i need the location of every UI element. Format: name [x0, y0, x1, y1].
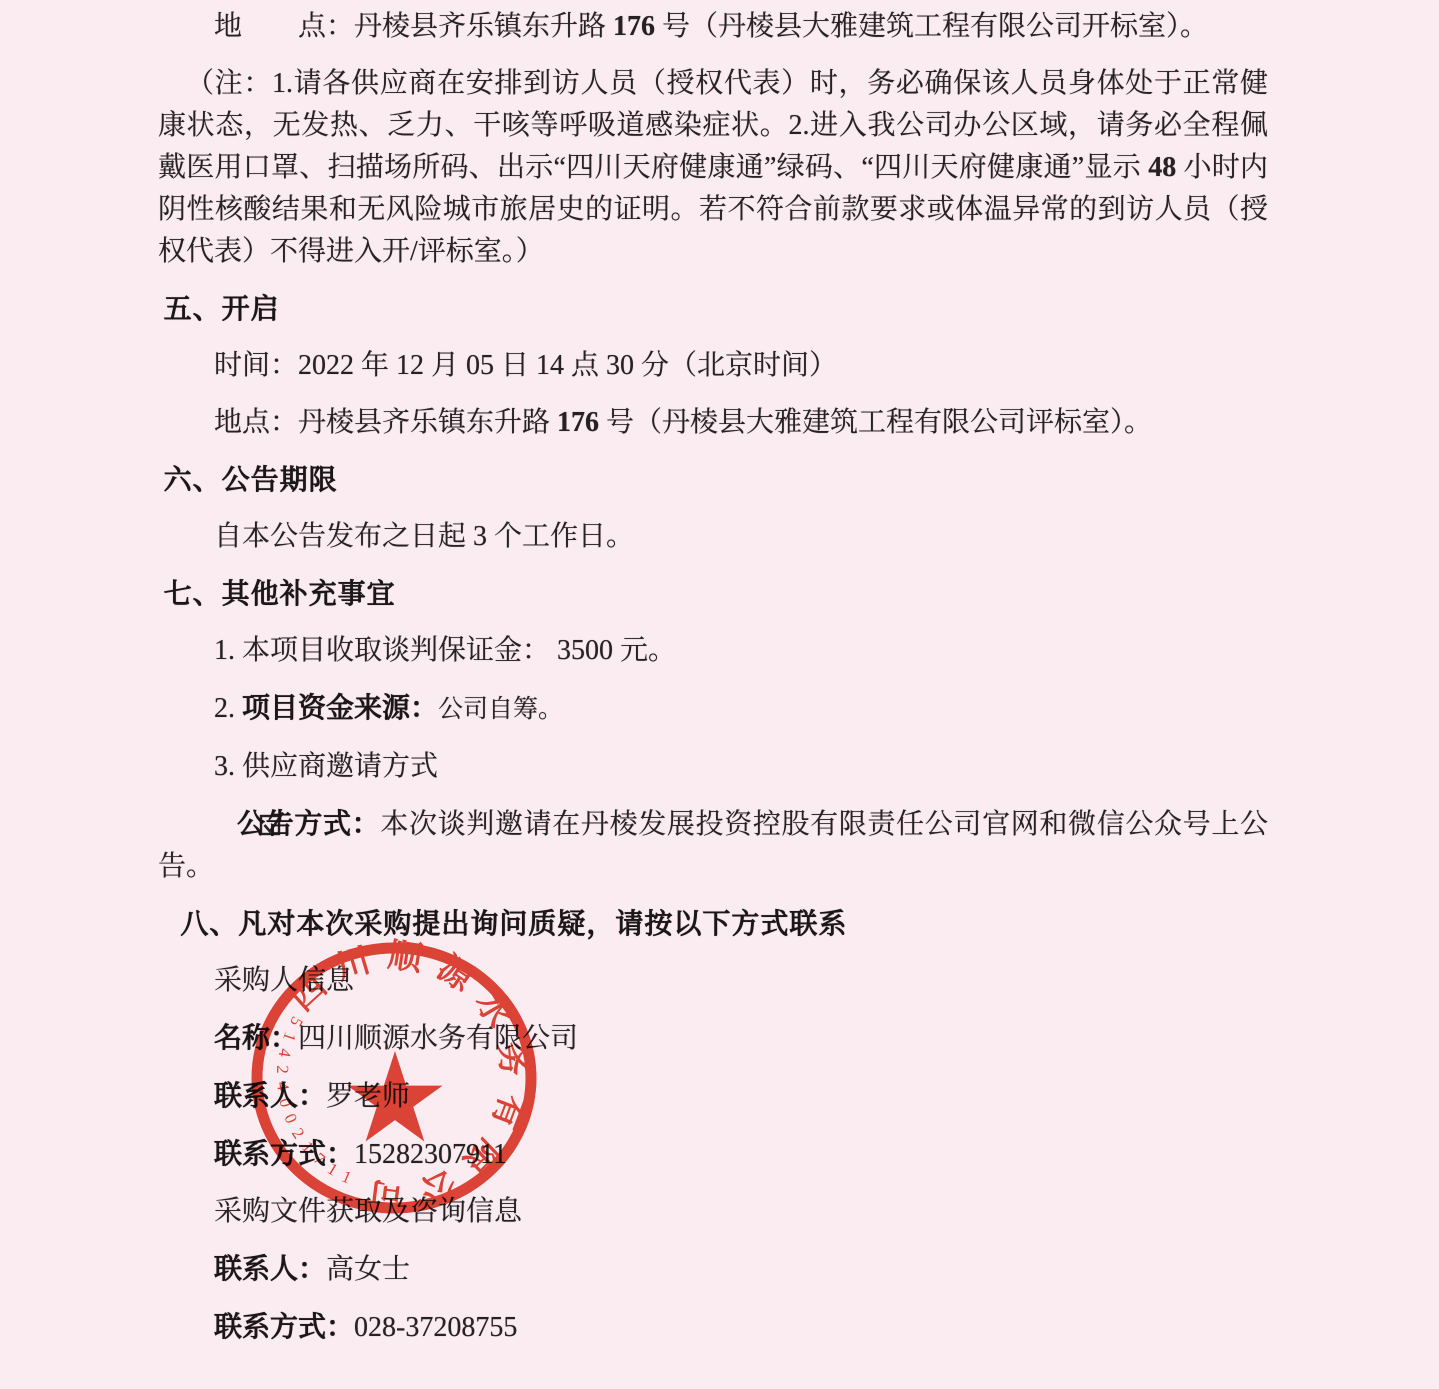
section-7-heading: 七、其他补充事宜: [158, 573, 1268, 615]
item2-label: 项目资金来源：: [242, 692, 438, 723]
location-number: 176: [613, 11, 655, 42]
buyer-info-title: 采购人信息: [158, 960, 1268, 1002]
buyer-contact-line: 联系人：罗老师: [158, 1075, 1268, 1118]
checked-checkbox-icon: [208, 807, 234, 833]
place-pre: 地点：丹棱县齐乐镇东升路: [214, 407, 557, 438]
buyer-phone-line: 联系方式：15282307911: [158, 1133, 1268, 1176]
note-pre: （注：1.请各供应商在安排到访人员（授权代表）时，务必确保该人员身体处于正常健康…: [158, 68, 1268, 183]
open-place-line: 地点：丹棱县齐乐镇东升路 176 号（丹棱县大雅建筑工程有限公司评标室）。: [158, 402, 1268, 444]
item2-number: 2.: [214, 693, 242, 724]
buyer-name-value: 四川顺源水务有限公司: [298, 1023, 578, 1054]
buyer-phone-label: 联系方式：: [214, 1138, 354, 1169]
section-5-heading: 五、开启: [158, 288, 1268, 330]
supplement-item-1: 1. 本项目收取谈判保证金： 3500 元。: [158, 630, 1268, 672]
supplement-item-2: 2. 项目资金来源：公司自筹。: [158, 687, 1268, 731]
place-post: 号（丹棱县大雅建筑工程有限公司评标室）。: [599, 407, 1152, 438]
note-paragraph: （注：1.请各供应商在安排到访人员（授权代表）时，务必确保该人员身体处于正常健康…: [158, 63, 1268, 273]
buyer-phone-value: 15282307911: [354, 1139, 507, 1170]
location-pre: 地 点：丹棱县齐乐镇东升路: [214, 11, 613, 42]
doc-contact-line: 联系人：高女士: [158, 1248, 1268, 1291]
section-8-heading: 八、凡对本次采购提出询问质疑，请按以下方式联系: [158, 903, 1268, 945]
doc-phone-value: 028-37208755: [354, 1312, 517, 1343]
doc-contact-label: 联系人：: [214, 1253, 326, 1284]
buyer-name-line: 名称：四川顺源水务有限公司: [158, 1017, 1268, 1060]
section-6-heading: 六、公告期限: [158, 459, 1268, 501]
announce-method-label: 公告方式：: [236, 808, 380, 839]
announce-method-paragraph: 公告方式：本次谈判邀请在丹棱发展投资控股有限责任公司官网和微信公众号上公告。: [158, 803, 1268, 888]
place-number: 176: [557, 407, 599, 438]
document-page: { "page": { "background_color": "#fbecf2…: [0, 0, 1439, 1389]
buyer-contact-value: 罗老师: [326, 1081, 410, 1112]
location-post: 号（丹棱县大雅建筑工程有限公司开标室）。: [655, 11, 1208, 42]
announcement-period-line: 自本公告发布之日起 3 个工作日。: [158, 516, 1268, 558]
doc-phone-line: 联系方式：028-37208755: [158, 1306, 1268, 1349]
document-body: 地 点：丹棱县齐乐镇东升路 176 号（丹棱县大雅建筑工程有限公司开标室）。 （…: [0, 0, 1439, 1389]
buyer-contact-label: 联系人：: [214, 1080, 326, 1111]
doc-contact-value: 高女士: [326, 1254, 410, 1285]
supplement-item-3: 3. 供应商邀请方式: [158, 746, 1268, 788]
buyer-name-label: 名称：: [214, 1022, 298, 1053]
doc-info-title: 采购文件获取及咨询信息: [158, 1191, 1268, 1233]
item2-value: 公司自筹。: [438, 696, 563, 723]
doc-phone-label: 联系方式：: [214, 1311, 354, 1342]
location-line: 地 点：丹棱县齐乐镇东升路 176 号（丹棱县大雅建筑工程有限公司开标室）。: [158, 6, 1268, 48]
note-number: 48: [1148, 152, 1176, 183]
open-time-line: 时间：2022 年 12 月 05 日 14 点 30 分（北京时间）: [158, 345, 1268, 387]
